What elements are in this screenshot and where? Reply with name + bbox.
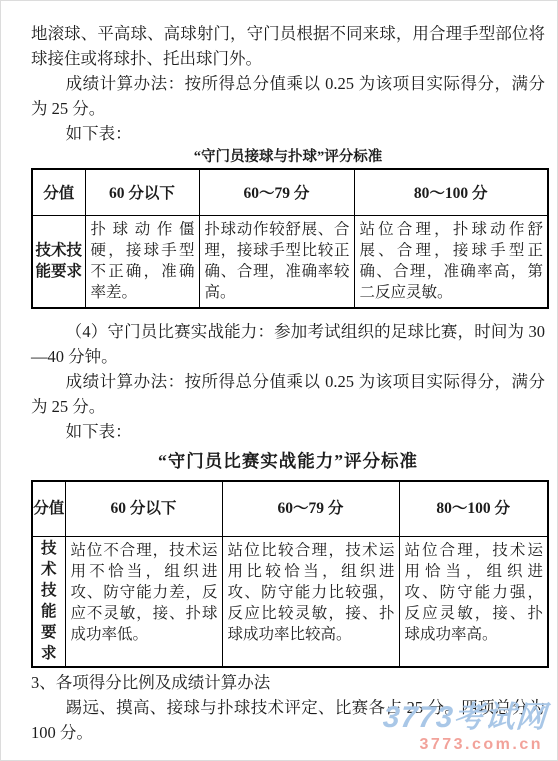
cell-below-60: 扑球动作僵硬，接球手型不正确，准确率差。 <box>85 215 199 308</box>
score-calc-paragraph-2: 成绩计算办法：按所得总分值乘以 0.25 为该项目实际得分，满分为 25 分。 <box>31 369 545 419</box>
row-label-skill-requirement: 技术技能要求 <box>32 215 85 308</box>
site-watermark: 3773考试网 3773.com.cn <box>383 702 547 756</box>
item4-paragraph: （4）守门员比赛实战能力：参加考试组织的足球比赛，时间为 30—40 分钟。 <box>31 319 545 369</box>
table1-title: “守门员接球与扑球”评分标准 <box>31 146 545 168</box>
header-score-value: 分值 <box>32 481 65 536</box>
score-table-match-ability: 分值 60 分以下 60～79 分 80～100 分 技术技能要求 站位不合理，… <box>31 480 549 668</box>
cell-80-100: 站位合理，技术运用恰当，组织进攻、防守能力强，反应灵敏，接、扑球成功率高。 <box>399 536 548 667</box>
watermark-url: 3773.com.cn <box>383 734 547 756</box>
score-table-catch-save: 分值 60 分以下 60～79 分 80～100 分 技术技能要求 扑球动作僵硬… <box>31 168 549 309</box>
cell-60-79: 扑球动作较舒展、合理，接球手型比较正确、合理，准确率较高。 <box>199 215 354 308</box>
header-score-value: 分值 <box>32 169 85 215</box>
watermark-brand-logo: 3773考试网 <box>382 702 548 734</box>
header-below-60: 60 分以下 <box>65 481 222 536</box>
table2-title: “守门员比赛实战能力”评分标准 <box>31 446 545 476</box>
table-intro-paragraph-2: 如下表： <box>31 419 545 444</box>
row-label-skill-requirement: 技术技能要求 <box>32 536 65 667</box>
header-60-79: 60～79 分 <box>222 481 399 536</box>
header-80-100: 80～100 分 <box>354 169 548 215</box>
cell-below-60: 站位不合理，技术运用不恰当，组织进攻、防守能力差，反应不灵敏，接、扑球成功率低。 <box>65 536 222 667</box>
document-content: 地滚球、平高球、高球射门，守门员根据不同来球，用合理手型部位将球接住或将球扑、托… <box>1 1 557 745</box>
table-header-row: 分值 60 分以下 60～79 分 80～100 分 <box>32 169 548 215</box>
header-80-100: 80～100 分 <box>399 481 548 536</box>
header-60-79: 60～79 分 <box>199 169 354 215</box>
score-calc-paragraph-1: 成绩计算办法：按所得总分值乘以 0.25 为该项目实际得分，满分为 25 分。 <box>31 71 545 121</box>
section3-heading: 3、各项得分比例及成绩计算办法 <box>31 670 545 695</box>
intro-paragraph: 地滚球、平高球、高球射门，守门员根据不同来球，用合理手型部位将球接住或将球扑、托… <box>31 21 545 71</box>
header-below-60: 60 分以下 <box>85 169 199 215</box>
cell-80-100: 站位合理，扑球动作舒展、合理，接球手型正确、合理，准确率高，第二反应灵敏。 <box>354 215 548 308</box>
cell-60-79: 站位比较合理，技术运用比较恰当，组织进攻、防守能力比较强，反应比较灵敏，接、扑球… <box>222 536 399 667</box>
document-page: 地滚球、平高球、高球射门，守门员根据不同来球，用合理手型部位将球接住或将球扑、托… <box>0 0 558 761</box>
table-header-row: 分值 60 分以下 60～79 分 80～100 分 <box>32 481 548 536</box>
table-intro-paragraph-1: 如下表： <box>31 121 545 146</box>
table-body-row: 技术技能要求 站位不合理，技术运用不恰当，组织进攻、防守能力差，反应不灵敏，接、… <box>32 536 548 667</box>
table-body-row: 技术技能要求 扑球动作僵硬，接球手型不正确，准确率差。 扑球动作较舒展、合理，接… <box>32 215 548 308</box>
